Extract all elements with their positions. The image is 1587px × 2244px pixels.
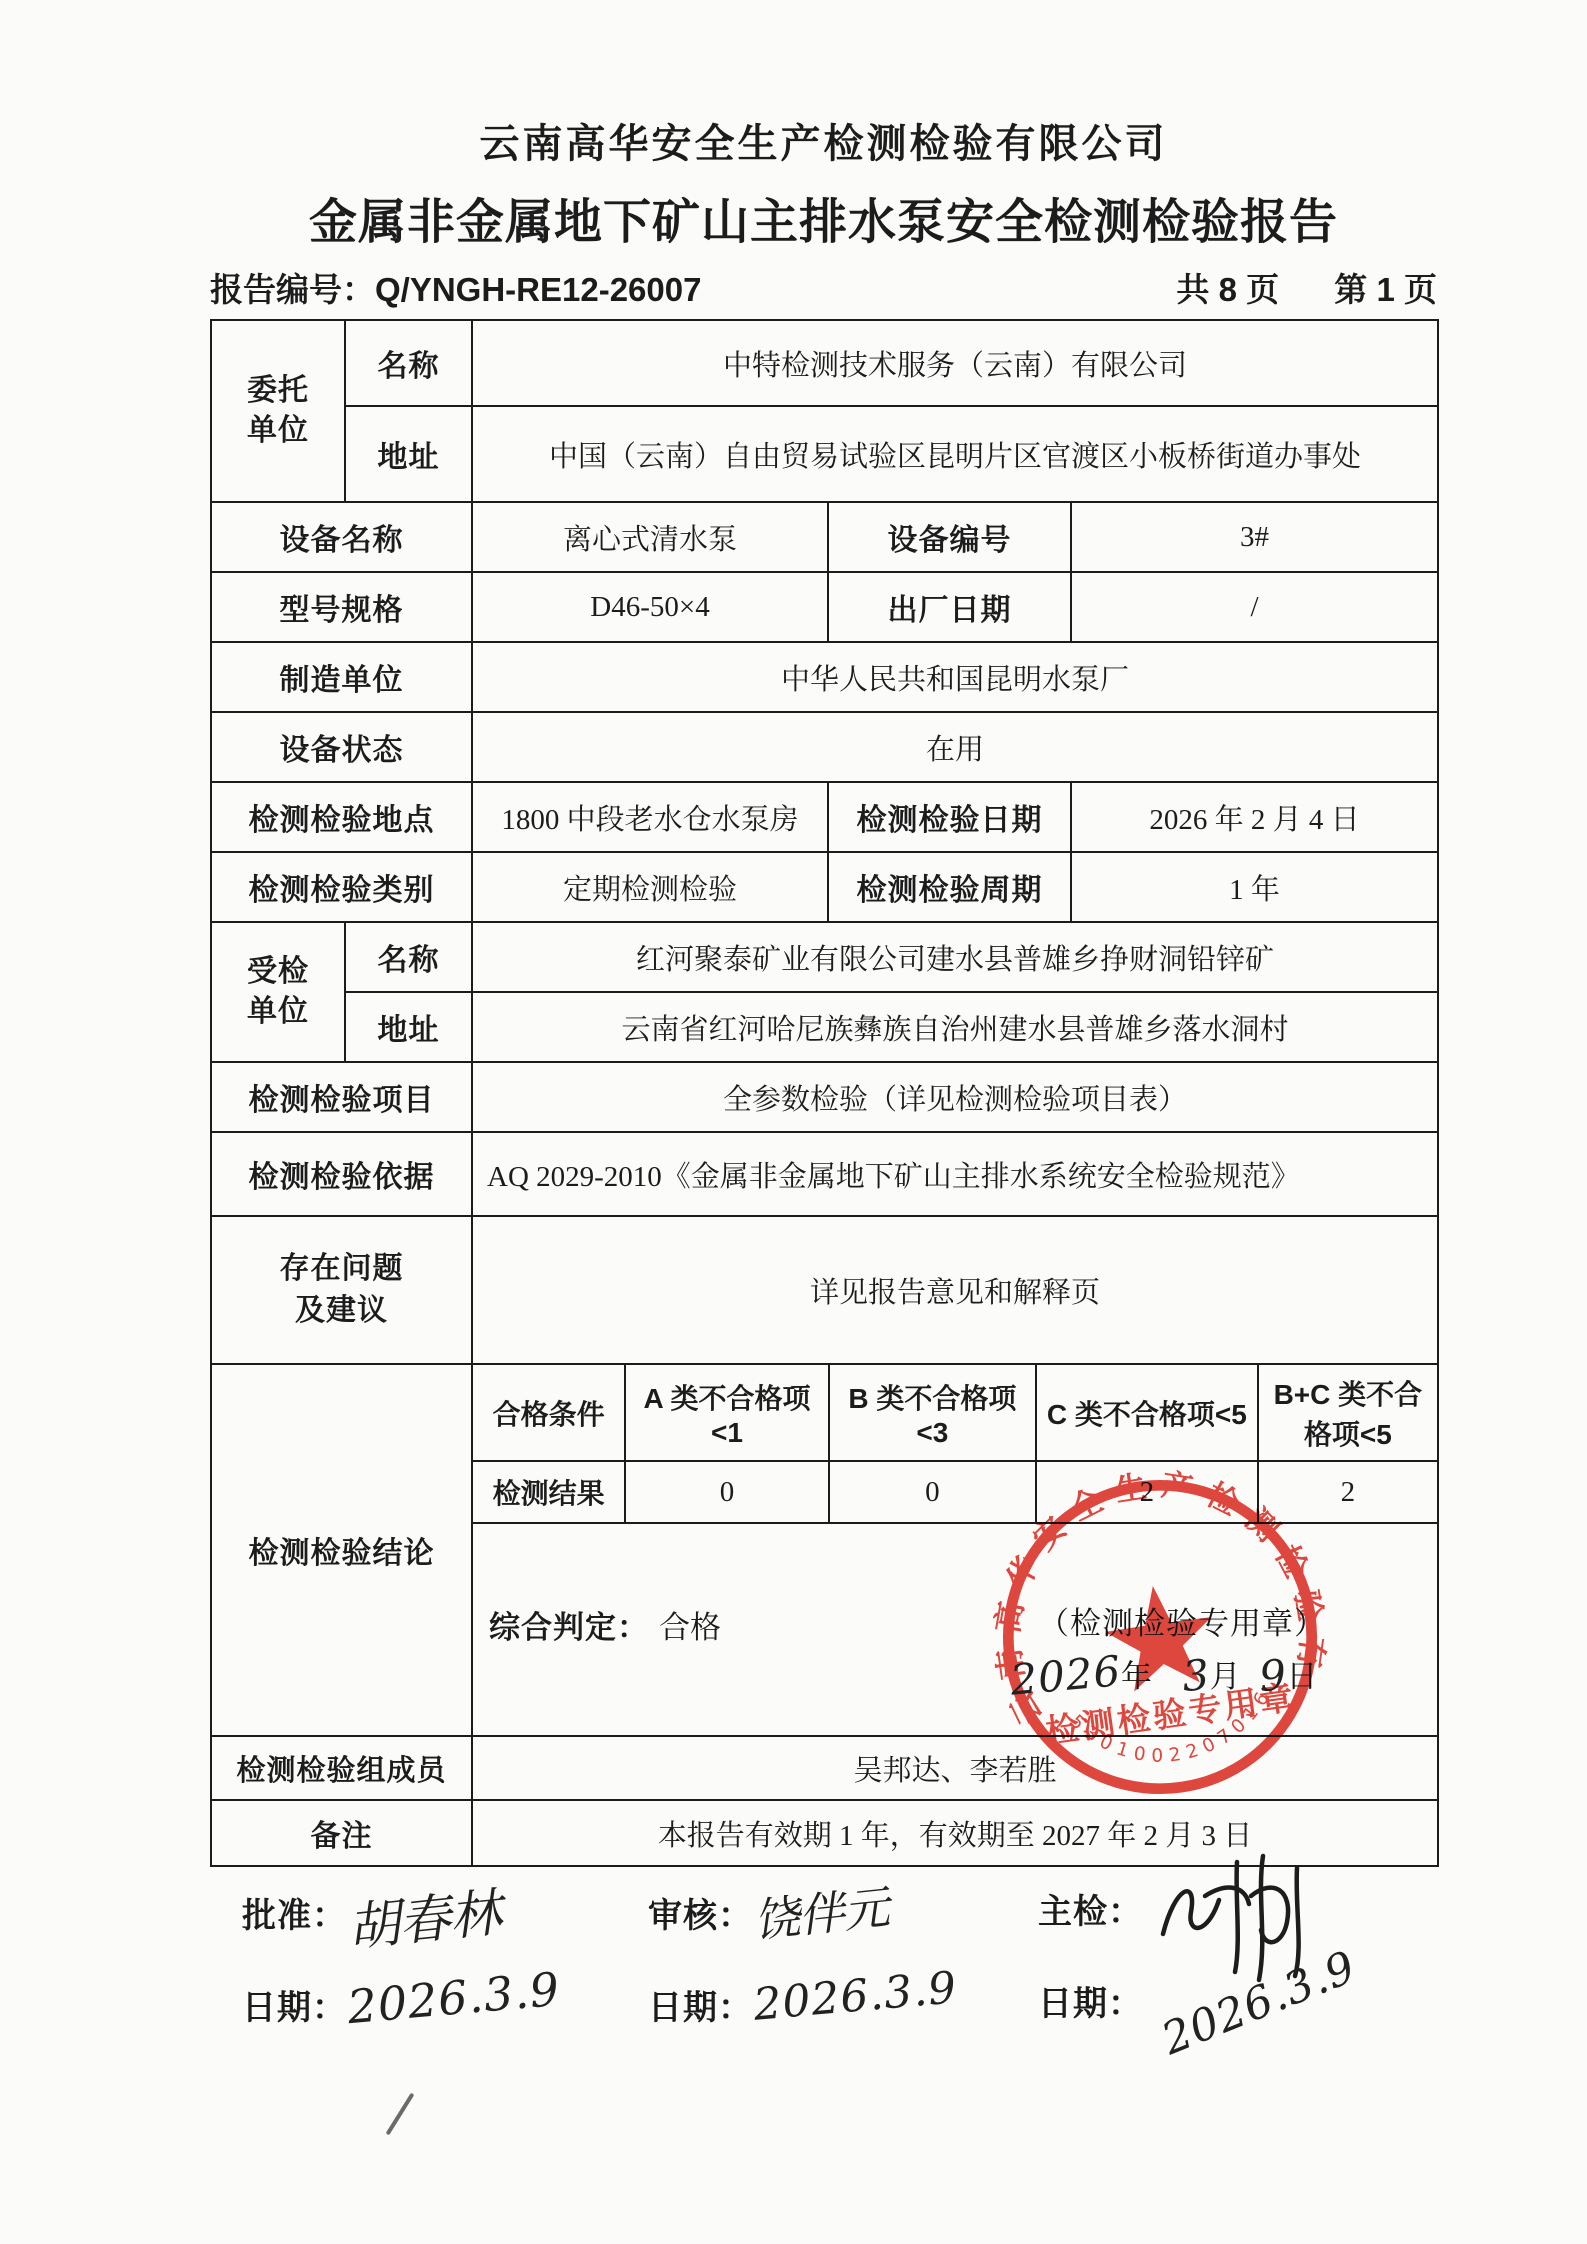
client-addr-value: 中国（云南）自由贸易试验区昆明片区官渡区小板桥街道办事处	[472, 406, 1438, 502]
table-row: 地址 中国（云南）自由贸易试验区昆明片区官渡区小板桥街道办事处	[211, 406, 1438, 502]
stamp-year-label: 年	[1121, 1651, 1152, 1696]
report-number: 报告编号：Q/YNGH-RE12-26007	[210, 264, 701, 311]
review-date-label: 日期：	[648, 1968, 753, 2029]
verdict-label: 综合判定：	[489, 1610, 649, 1645]
table-row: 检测检验依据 AQ 2029-2010《金属非金属地下矿山主排水系统安全检验规范…	[211, 1132, 1438, 1216]
problems-label: 存在问题 及建议	[211, 1216, 472, 1364]
review-signature: 饶伴元	[750, 1871, 891, 1951]
company-title: 云南高华安全生产检测检验有限公司	[210, 112, 1437, 169]
status-label: 设备状态	[211, 712, 472, 782]
criteria-header-b: B 类不合格项<3	[829, 1365, 1036, 1461]
subject-addr-label: 地址	[345, 992, 472, 1062]
table-row: 检测检验地点 1800 中段老水仓水泵房 检测检验日期 2026 年 2 月 4…	[211, 782, 1438, 852]
approve-block: 批准： 胡春林 日期： 2026.3.9	[242, 1876, 632, 2029]
seal-paren-note: （检测检验专用章）	[1038, 1598, 1326, 1643]
client-group-cell: 委托 单位	[211, 320, 345, 502]
report-title: 金属非金属地下矿山主排水泵安全检测检验报告	[210, 183, 1437, 252]
criteria-header-bc: B+C 类不合格项<5	[1258, 1365, 1437, 1461]
table-row: 设备状态 在用	[211, 712, 1438, 782]
stamp-day-handwritten: 9	[1257, 1650, 1289, 1701]
table-row: 委托 单位 名称 中特检测技术服务（云南）有限公司	[211, 320, 1438, 406]
report-number-value: Q/YNGH-RE12-26007	[375, 271, 701, 308]
table-row: 检测检验项目 全参数检验（详见检测检验项目表）	[211, 1062, 1438, 1132]
manufacturer-value: 中华人民共和国昆明水泵厂	[472, 642, 1438, 712]
stamp-date-line: 2026 年 3 月 9 日	[1010, 1648, 1317, 1697]
client-name-label: 名称	[345, 320, 472, 406]
table-row: 地址 云南省红河哈尼族彝族自治州建水县普雄乡落水洞村	[211, 992, 1438, 1062]
total-pages: 共 8 页	[1176, 271, 1279, 308]
table-row: 检测检验类别 定期检测检验 检测检验周期 1 年	[211, 852, 1438, 922]
report-page: 云南高华安全生产检测检验有限公司 金属非金属地下矿山主排水泵安全检测检验报告 报…	[0, 0, 1587, 2244]
approve-date-handwritten: 2026.3.9	[345, 1962, 562, 2034]
items-value: 全参数检验（详见检测检验项目表）	[472, 1062, 1438, 1132]
verdict-value: 合格	[659, 1610, 721, 1645]
criteria-header-a: A 类不合格项<1	[625, 1365, 828, 1461]
scan-stray-mark	[386, 2093, 415, 2136]
table-row: 受检 单位 名称 红河聚泰矿业有限公司建水县普雄乡挣财洞铅锌矿	[211, 922, 1438, 992]
approve-date-label: 日期：	[242, 1968, 347, 2029]
basis-value: AQ 2029-2010《金属非金属地下矿山主排水系统安全检验规范》	[472, 1132, 1438, 1216]
category-value: 定期检测检验	[472, 852, 828, 922]
model-value: D46-50×4	[472, 572, 828, 642]
subject-group-line2: 单位	[212, 992, 344, 1033]
subject-addr-value: 云南省红河哈尼族彝族自治州建水县普雄乡落水洞村	[472, 992, 1438, 1062]
location-label: 检测检验地点	[211, 782, 472, 852]
device-name-value: 离心式清水泵	[472, 502, 828, 572]
approve-label: 批准：	[242, 1876, 347, 1937]
problems-label-line2: 及建议	[212, 1290, 471, 1332]
manufacturer-label: 制造单位	[211, 642, 472, 712]
category-label: 检测检验类别	[211, 852, 472, 922]
basis-label: 检测检验依据	[211, 1132, 472, 1216]
review-date-handwritten: 2026.3.9	[751, 1962, 959, 2031]
stamp-day-label: 日	[1286, 1651, 1317, 1696]
items-label: 检测检验项目	[211, 1062, 472, 1132]
remark-label: 备注	[211, 1800, 472, 1866]
client-addr-label: 地址	[345, 406, 472, 502]
table-row: 存在问题 及建议 详见报告意见和解释页	[211, 1216, 1438, 1364]
client-group-line2: 单位	[212, 411, 344, 452]
location-value: 1800 中段老水仓水泵房	[472, 782, 828, 852]
criteria-header-c: C 类不合格项<5	[1036, 1365, 1258, 1461]
stamp-year-handwritten: 2026	[1008, 1646, 1123, 1704]
conclusion-label: 检测检验结论	[211, 1364, 472, 1736]
cycle-label: 检测检验周期	[828, 852, 1071, 922]
stamp-month-label: 月	[1210, 1651, 1241, 1696]
model-label: 型号规格	[211, 572, 472, 642]
chief-date-label: 日期：	[1038, 1964, 1143, 2025]
cycle-value: 1 年	[1071, 852, 1438, 922]
device-no-value: 3#	[1071, 502, 1438, 572]
client-group-line1: 委托	[212, 371, 344, 412]
subject-name-label: 名称	[345, 922, 472, 992]
review-label: 审核：	[648, 1876, 753, 1937]
criteria-header-row: 合格条件 A 类不合格项<1 B 类不合格项<3 C 类不合格项<5 B+C 类…	[473, 1365, 1437, 1461]
report-number-label: 报告编号：	[210, 271, 375, 308]
approve-signature: 胡春林	[344, 1870, 504, 1961]
criteria-result-label: 检测结果	[473, 1461, 625, 1523]
subject-group-cell: 受检 单位	[211, 922, 345, 1062]
table-row: 设备名称 离心式清水泵 设备编号 3#	[211, 502, 1438, 572]
insp-date-value: 2026 年 2 月 4 日	[1071, 782, 1438, 852]
table-row: 型号规格 D46-50×4 出厂日期 /	[211, 572, 1438, 642]
page-count: 共 8 页 第 1 页	[1176, 264, 1437, 311]
problems-label-line1: 存在问题	[212, 1248, 471, 1290]
chief-label: 主检：	[1038, 1872, 1143, 1933]
status-value: 在用	[472, 712, 1438, 782]
subject-group-line1: 受检	[212, 952, 344, 993]
table-row: 制造单位 中华人民共和国昆明水泵厂	[211, 642, 1438, 712]
insp-date-label: 检测检验日期	[828, 782, 1071, 852]
mfg-date-value: /	[1071, 572, 1438, 642]
mfg-date-label: 出厂日期	[828, 572, 1071, 642]
criteria-corner-label: 合格条件	[473, 1365, 625, 1461]
current-page: 第 1 页	[1334, 271, 1437, 308]
subject-name-value: 红河聚泰矿业有限公司建水县普雄乡挣财洞铅锌矿	[472, 922, 1438, 992]
device-name-label: 设备名称	[211, 502, 472, 572]
stamp-month-handwritten: 3	[1180, 1650, 1212, 1701]
criteria-result-a: 0	[625, 1461, 828, 1523]
chief-block: 主检： 日期： 2026.3.9	[1038, 1872, 1428, 2025]
report-meta-row: 报告编号：Q/YNGH-RE12-26007 共 8 页 第 1 页	[210, 264, 1437, 311]
problems-value: 详见报告意见和解释页	[472, 1216, 1438, 1364]
review-block: 审核： 饶伴元 日期： 2026.3.9	[648, 1876, 1038, 2029]
device-no-label: 设备编号	[828, 502, 1071, 572]
client-name-value: 中特检测技术服务（云南）有限公司	[472, 320, 1438, 406]
team-label: 检测检验组成员	[211, 1736, 472, 1800]
